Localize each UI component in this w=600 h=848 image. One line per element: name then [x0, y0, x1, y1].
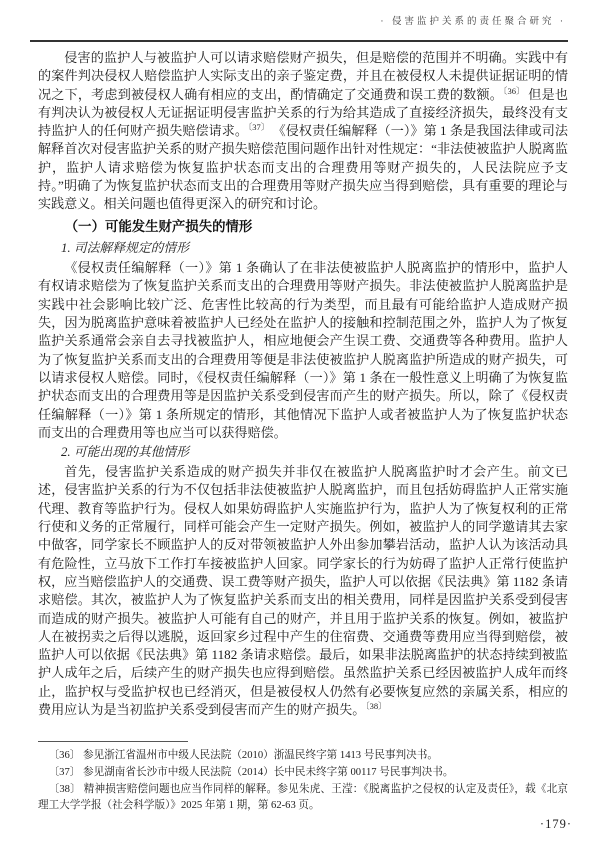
subheading-judicial-interpretation: 1. 司法解释规定的情形 — [38, 239, 568, 258]
running-header-title: · 侵害监护关系的责任聚合研究 · — [30, 13, 566, 27]
footnote-38: 〔38〕 精神损害赔偿问题也应当作同样的解释。参见朱虎、王滢：《脱离监护之侵权的… — [38, 782, 568, 816]
paragraph-1: 侵害的监护人与被监护人可以请求赔偿财产损失，但是赔偿的范围并不明确。实践中有的案… — [38, 49, 568, 214]
header-rule — [30, 40, 568, 42]
footnote-36: 〔36〕 参见浙江省温州市中级人民法院（2010）浙温民终字第 1413 号民事… — [38, 748, 568, 765]
paragraph-3: 首先，侵害监护关系造成的财产损失并非仅在被监护人脱离监护时才会产生。前文已述，侵… — [38, 463, 568, 719]
section-heading-property-loss: （一）可能发生财产损失的情形 — [38, 218, 568, 237]
footnote-separator — [38, 741, 188, 742]
paragraph-3-text: 首先，侵害监护关系造成的财产损失并非仅在被监护人脱离监护时才会产生。前文已述，侵… — [38, 464, 568, 717]
page-number: ·179· — [540, 817, 572, 832]
footnote-ref-38: 〔38〕 — [365, 701, 386, 711]
document-page: · 侵害监护关系的责任聚合研究 · 侵害的监护人与被监护人可以请求赔偿财产损失，… — [0, 0, 600, 848]
footnote-37: 〔37〕 参见湖南省长沙市中级人民法院（2014）长中民未终字第 00117 号… — [38, 765, 568, 782]
footnote-ref-36: 〔36〕 — [503, 86, 525, 96]
paragraph-2-text: 《侵权责任编解释（一）》第 1 条确认了在非法使被监护人脱离监护的情形中，监护人… — [38, 260, 568, 440]
footnote-ref-37: 〔37〕 — [248, 122, 269, 132]
subheading-other-situations: 2. 可能出现的其他情形 — [38, 443, 568, 462]
paragraph-2: 《侵权责任编解释（一）》第 1 条确认了在非法使被监护人脱离监护的情形中，监护人… — [38, 259, 568, 442]
footnotes-section: 〔36〕 参见浙江省温州市中级人民法院（2010）浙温民终字第 1413 号民事… — [38, 741, 568, 815]
paragraph-1-text-a: 侵害的监护人与被监护人可以请求赔偿财产损失，但是赔偿的范围并不明确。实践中有的案… — [38, 50, 568, 102]
article-body: 侵害的监护人与被监护人可以请求赔偿财产损失，但是赔偿的范围并不明确。实践中有的案… — [38, 49, 568, 719]
